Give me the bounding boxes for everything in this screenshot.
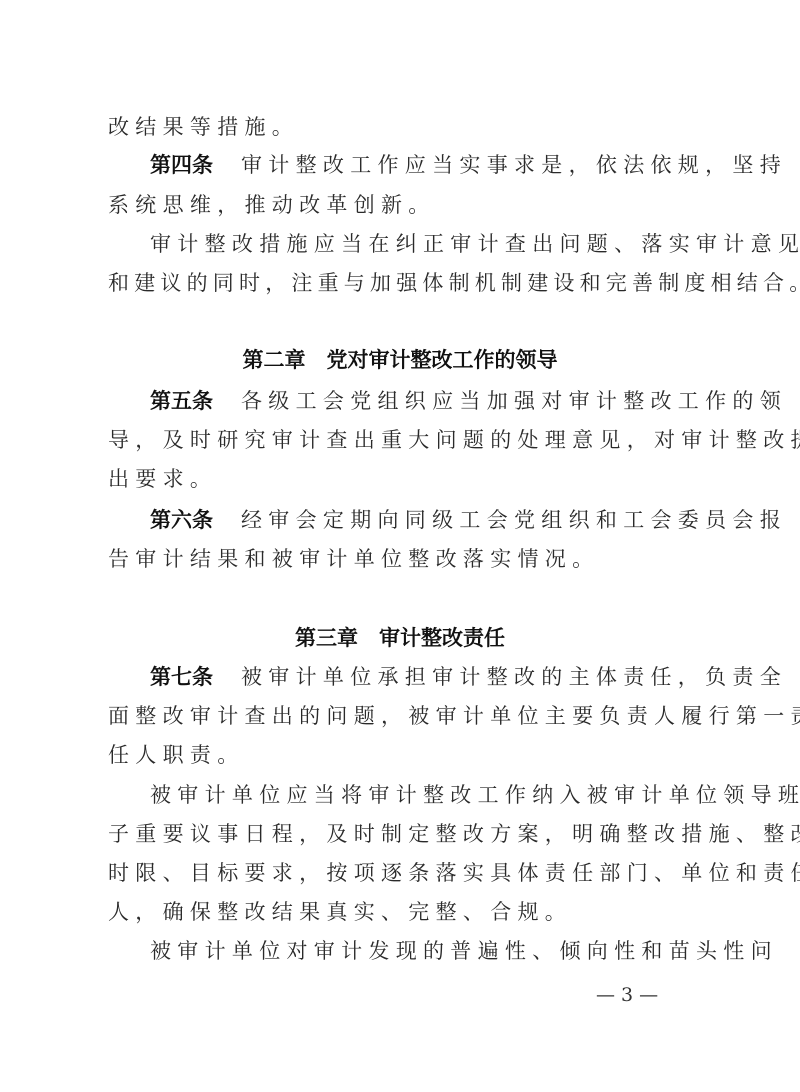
paragraph-line: 子重要议事日程，及时制定整改方案，明确整改措施、整改 [108,819,692,849]
article-7-line-1: 第七条被审计单位承担审计整改的主体责任，负责全 [150,662,692,692]
paragraph-line: 导，及时研究审计查出重大问题的处理意见，对审计整改提 [108,425,692,455]
paragraph-line: 出要求。 [108,464,692,494]
paragraph-line: 和建议的同时，注重与加强体制机制建设和完善制度相结合。 [108,268,692,298]
article-text: 被审计单位承担审计整改的主体责任，负责全 [241,665,787,689]
article-text: 各级工会党组织应当加强对审计整改工作的领 [241,389,787,413]
article-6-line-1: 第六条经审会定期向同级工会党组织和工会委员会报 [150,505,692,535]
paragraph-line: 被审计单位对审计发现的普遍性、倾向性和苗头性问 [150,936,692,966]
article-text: 审计整改工作应当实事求是，依法依规，坚持 [241,153,787,177]
paragraph-line: 告审计结果和被审计单位整改落实情况。 [108,544,692,574]
paragraph-line: 被审计单位应当将审计整改工作纳入被审计单位领导班 [150,780,692,810]
paragraph-line: 面整改审计查出的问题，被审计单位主要负责人履行第一责 [108,701,692,731]
article-label: 第六条 [150,508,213,532]
paragraph-line: 系统思维，推动改革创新。 [108,190,692,220]
chapter-heading: 第二章 党对审计整改工作的领导 [0,345,800,375]
paragraph-line: 人，确保整改结果真实、完整、合规。 [108,897,692,927]
paragraph-line: 任人职责。 [108,740,692,770]
article-4-line-1: 第四条审计整改工作应当实事求是，依法依规，坚持 [150,150,692,180]
paragraph-line: 时限、目标要求，按项逐条落实具体责任部门、单位和责任 [108,858,692,888]
paragraph-line: 审计整改措施应当在纠正审计查出问题、落实审计意见 [150,229,692,259]
article-5-line-1: 第五条各级工会党组织应当加强对审计整改工作的领 [150,386,692,416]
article-label: 第五条 [150,389,213,413]
page-number: — 3 — [596,980,658,1010]
document-page: 改结果等措施。 第四条审计整改工作应当实事求是，依法依规，坚持 系统思维，推动改… [0,0,800,1092]
article-label: 第七条 [150,665,213,689]
article-label: 第四条 [150,153,213,177]
paragraph-line: 改结果等措施。 [108,112,692,142]
article-text: 经审会定期向同级工会党组织和工会委员会报 [241,508,787,532]
chapter-heading: 第三章 审计整改责任 [0,623,800,653]
